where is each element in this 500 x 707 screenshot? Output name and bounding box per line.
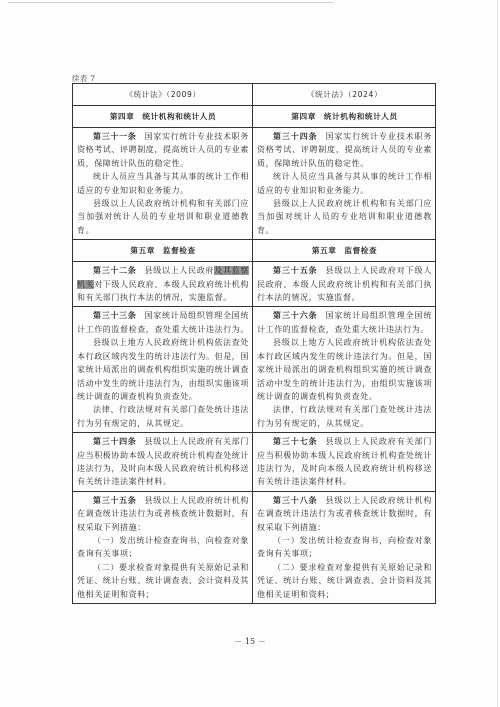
chapter-number: 第五章 (312, 246, 337, 255)
article-number: 第三十八条 (273, 496, 318, 505)
article-paragraph: 县级以上地方人民政府统计机构依法查处本行政区域内发生的统计违法行为。但是，国家统… (257, 336, 432, 403)
article-paragraph: 统计人员应当具备与其从事的统计工作相适应的专业知识和业务能力。 (77, 170, 249, 197)
article-row: 第三十三条国家统计局组织管理全国统计工作的监督检查，查处重大统计违法行为。县级以… (73, 307, 436, 433)
article-paragraph: 县级以上人民政府统计机构和有关部门应当加强对统计人员的专业培训和职业道德教育。 (257, 197, 432, 237)
article-number: 第三十四条 (273, 132, 318, 141)
column-header-2024: 《统计法》（2024） (253, 84, 436, 106)
chapter-heading-left: 第四章统计机构和统计人员 (73, 106, 253, 128)
article-text: 县级以上人民政府统计机构和有关部门应当加强对统计人员的专业培训和职业道德教育。 (77, 199, 249, 235)
chapter-title: 监督检查 (163, 246, 196, 255)
article-text: 法律、行政法规对有关部门查处统计违法行为另有规定的，从其规定。 (257, 405, 432, 427)
article-text: 县级以上地方人民政府统计机构依法查处本行政区域内发生的统计违法行为。但是，国家统… (77, 338, 249, 401)
article-paragraph: 第三十一条国家实行统计专业技术职务资格考试、评聘制度，提高统计人员的专业素质，保… (77, 130, 249, 170)
article-text: （二）要求检查对象提供有关原始记录和凭证、统计台账、统计调查表、会计资料及其他相… (77, 563, 249, 599)
article-cell-left: 第三十五条县级以上人民政府统计机构在调查统计违法行为或者核查统计数据时，有权采取… (73, 491, 253, 603)
article-cell-right: 第三十七条县级以上人民政府有关部门应当积极协助本级人民政府统计机构查处统计违法行… (253, 433, 436, 492)
article-text: 法律、行政法规对有关部门查处统计违法行为另有规定的，从其规定。 (77, 405, 249, 427)
article-text: 统计人员应当具备与其从事的统计工作相适应的专业知识和业务能力。 (77, 172, 249, 194)
article-cell-right: 第三十六条国家统计局组织管理全国统计工作的监督检查，查处重大统计违法行为。县级以… (253, 307, 436, 433)
chapter-number: 第四章 (291, 112, 316, 121)
comparison-table-body: 《统计法》（2009） 《统计法》（2024） 第四章统计机构和统计人员第四章统… (73, 84, 436, 604)
chapter-title: 统计机构和统计人员 (324, 112, 398, 121)
article-paragraph: （一）发出统计检查查询书，向检查对象查询有关事项； (77, 534, 249, 561)
article-paragraph: 第三十四条国家实行统计专业技术职务资格考试、评聘制度，提高统计人员的专业素质，保… (257, 130, 432, 170)
article-text: 县级以上地方人民政府统计机构依法查处本行政区域内发生的统计违法行为。但是，国家统… (257, 338, 432, 401)
article-cell-right: 第三十四条国家实行统计专业技术职务资格考试、评聘制度，提高统计人员的专业素质，保… (253, 128, 436, 240)
article-row: 第三十二条县级以上人民政府及其监察机关对下级人民政府、本级人民政府统计机构和有关… (73, 262, 436, 307)
chapter-row: 第四章统计机构和统计人员第四章统计机构和统计人员 (73, 106, 436, 128)
article-paragraph: 第三十七条县级以上人民政府有关部门应当积极协助本级人民政府统计机构查处统计违法行… (257, 435, 432, 489)
article-paragraph: 第三十三条国家统计局组织管理全国统计工作的监督检查，查处重大统计违法行为。 (77, 309, 249, 336)
article-number: 第三十二条 (93, 266, 137, 275)
chapter-number: 第五章 (130, 246, 155, 255)
article-paragraph: 第三十八条县级以上人民政府统计机构在调查统计违法行为或者核查统计数据时，有权采取… (257, 494, 432, 534)
article-cell-left: 第三十三条国家统计局组织管理全国统计工作的监督检查，查处重大统计违法行为。县级以… (73, 307, 253, 433)
article-text: （一）发出统计检查查询书，向检查对象查询有关事项； (257, 536, 432, 558)
article-row: 第三十一条国家实行统计专业技术职务资格考试、评聘制度，提高统计人员的专业素质，保… (73, 128, 436, 240)
article-number: 第三十五条 (93, 496, 137, 505)
article-text: 县级以上人民政府 (145, 266, 215, 275)
chapter-title: 监督检查 (344, 246, 377, 255)
chapter-title: 统计机构和统计人员 (142, 112, 216, 121)
article-number: 第三十一条 (93, 132, 137, 141)
article-cell-left: 第三十四条县级以上人民政府有关部门应当积极协助本级人民政府统计机构查处统计违法行… (73, 433, 253, 492)
article-number: 第三十三条 (93, 311, 137, 320)
article-text: （二）要求检查对象提供有关原始记录和凭证、统计台账、统计调查表、会计资料及其他相… (257, 563, 432, 599)
article-paragraph: 第三十二条县级以上人民政府及其监察机关对下级人民政府、本级人民政府统计机构和有关… (77, 264, 249, 304)
article-paragraph: （二）要求检查对象提供有关原始记录和凭证、统计台账、统计调查表、会计资料及其他相… (77, 561, 249, 601)
chapter-heading-left: 第五章监督检查 (73, 240, 253, 262)
article-row: 第三十五条县级以上人民政府统计机构在调查统计违法行为或者核查统计数据时，有权采取… (73, 491, 436, 603)
article-text: 县级以上人民政府统计机构和有关部门应当加强对统计人员的专业培训和职业道德教育。 (257, 199, 432, 235)
column-header-2009: 《统计法》（2009） (73, 84, 253, 106)
article-cell-right: 第三十五条县级以上人民政府对下级人民政府、本级人民政府统计机构和有关部门执行本法… (253, 262, 436, 307)
article-text: （一）发出统计检查查询书，向检查对象查询有关事项； (77, 536, 249, 558)
scan-edge-line (497, 0, 498, 707)
comparison-table: 《统计法》（2009） 《统计法》（2024） 第四章统计机构和统计人员第四章统… (72, 83, 436, 604)
article-paragraph: 县级以上地方人民政府统计机构依法查处本行政区域内发生的统计违法行为。但是，国家统… (77, 336, 249, 403)
article-cell-left: 第三十一条国家实行统计专业技术职务资格考试、评聘制度，提高统计人员的专业素质，保… (73, 128, 253, 240)
article-number: 第三十四条 (93, 437, 137, 446)
table-header-row: 《统计法》（2009） 《统计法》（2024） (73, 84, 436, 106)
article-text: 统计人员应当具备与其从事的统计工作相适应的专业知识和业务能力。 (257, 172, 432, 194)
article-paragraph: 法律、行政法规对有关部门查处统计违法行为另有规定的，从其规定。 (77, 403, 249, 430)
chapter-row: 第五章监督检查第五章监督检查 (73, 240, 436, 262)
article-paragraph: 县级以上人民政府统计机构和有关部门应当加强对统计人员的专业培训和职业道德教育。 (77, 197, 249, 237)
article-paragraph: 第三十四条县级以上人民政府有关部门应当积极协助本级人民政府统计机构查处统计违法行… (77, 435, 249, 489)
article-paragraph: （二）要求检查对象提供有关原始记录和凭证、统计台账、统计调查表、会计资料及其他相… (257, 561, 432, 601)
article-paragraph: （一）发出统计检查查询书，向检查对象查询有关事项； (257, 534, 432, 561)
article-cell-right: 第三十八条县级以上人民政府统计机构在调查统计违法行为或者核查统计数据时，有权采取… (253, 491, 436, 603)
article-paragraph: 法律、行政法规对有关部门查处统计违法行为另有规定的，从其规定。 (257, 403, 432, 430)
article-paragraph: 统计人员应当具备与其从事的统计工作相适应的专业知识和业务能力。 (257, 170, 432, 197)
article-paragraph: 第三十五条县级以上人民政府对下级人民政府、本级人民政府统计机构和有关部门执行本法… (257, 264, 432, 304)
article-number: 第三十七条 (273, 437, 318, 446)
article-row: 第三十四条县级以上人民政府有关部门应当积极协助本级人民政府统计机构查处统计违法行… (73, 433, 436, 492)
article-number: 第三十六条 (273, 311, 318, 320)
chapter-heading-right: 第四章统计机构和统计人员 (253, 106, 436, 128)
article-number: 第三十五条 (273, 266, 318, 275)
article-text: 对下级人民政府、本级人民政府统计机构和有关部门执行本法的情况，实施监督。 (77, 280, 249, 302)
chapter-number: 第四章 (110, 112, 135, 121)
page-number: － 15 － (0, 636, 500, 647)
article-cell-left: 第三十二条县级以上人民政府及其监察机关对下级人民政府、本级人民政府统计机构和有关… (73, 262, 253, 307)
article-paragraph: 第三十六条国家统计局组织管理全国统计工作的监督检查，查处重大统计违法行为。 (257, 309, 432, 336)
scan-edge-line (8, 2, 333, 3)
chapter-heading-right: 第五章监督检查 (253, 240, 436, 262)
article-paragraph: 第三十五条县级以上人民政府统计机构在调查统计违法行为或者核查统计数据时，有权采取… (77, 494, 249, 534)
